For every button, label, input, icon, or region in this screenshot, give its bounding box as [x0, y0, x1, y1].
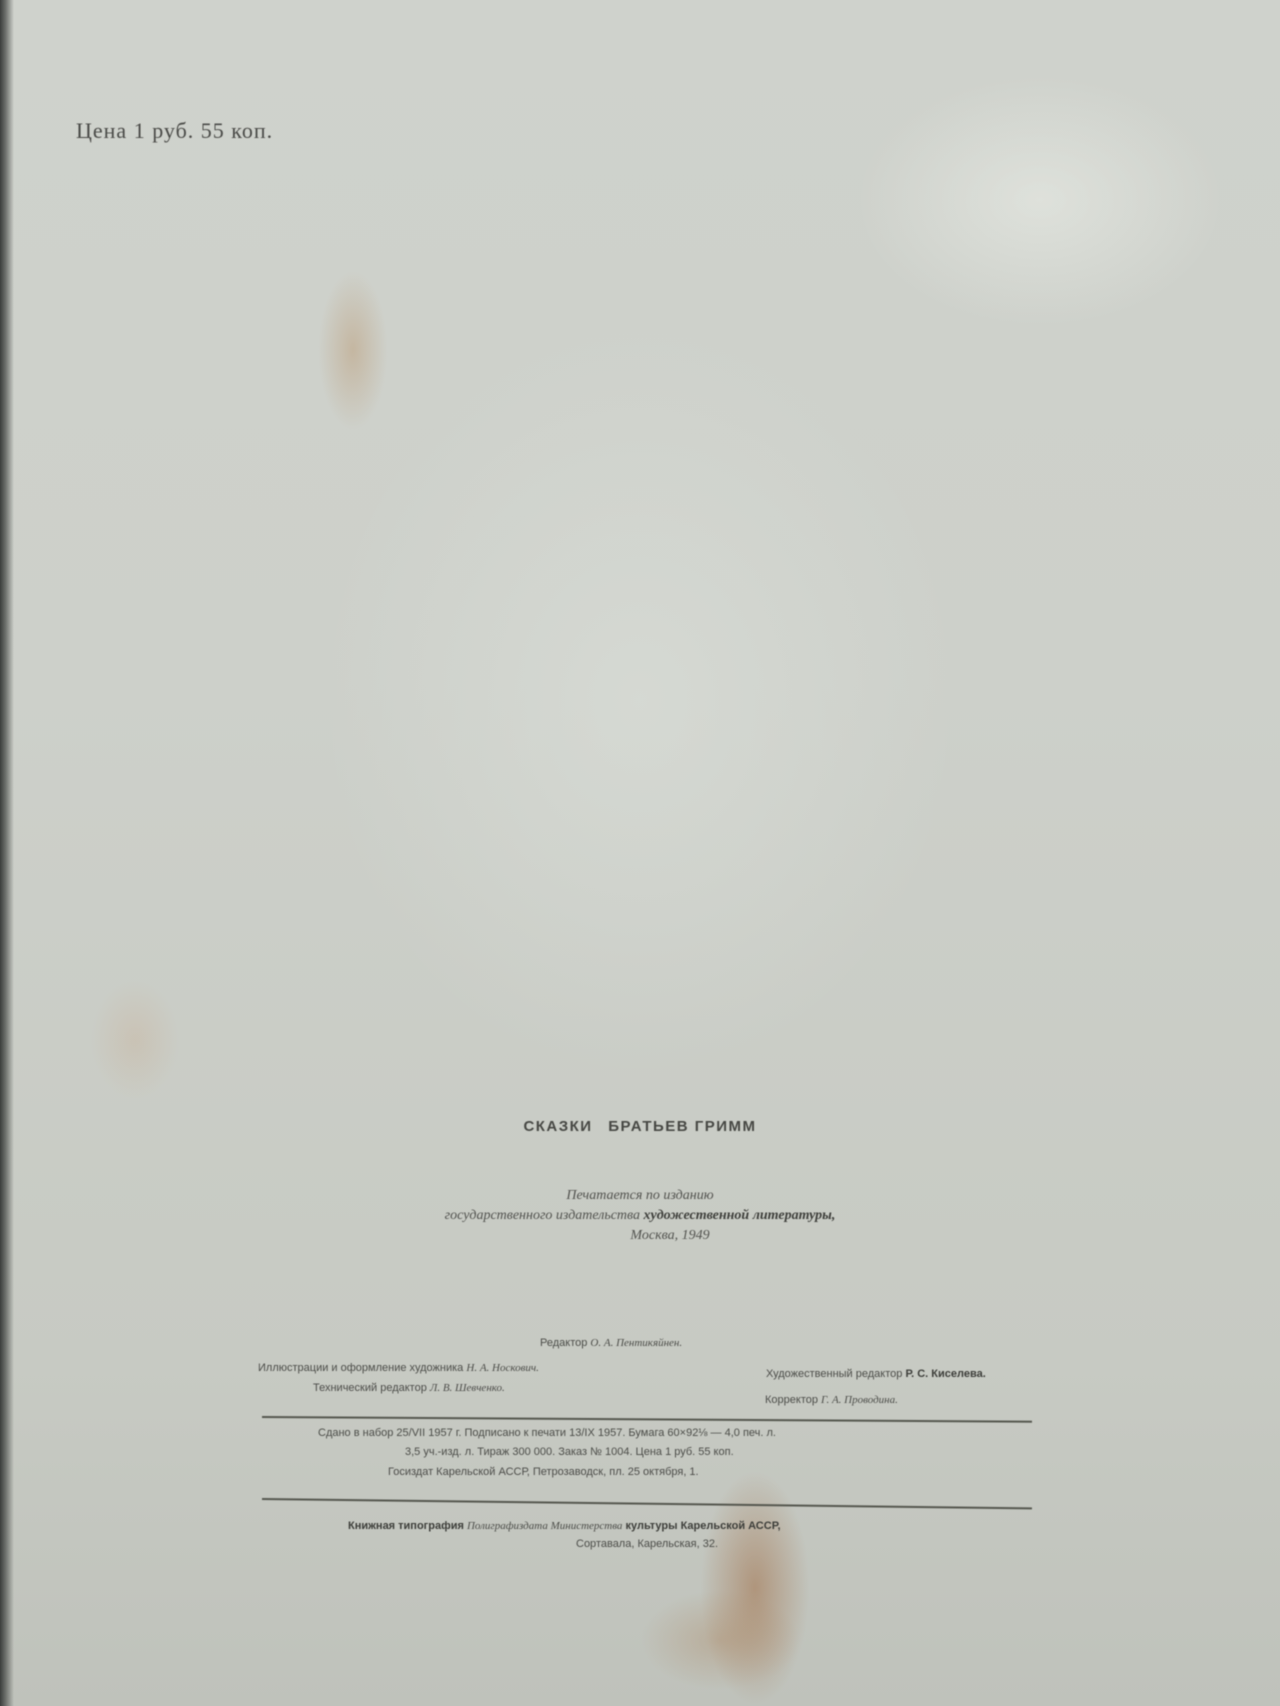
art-editor-credit: Художественный редактор Р. С. Киселева. [766, 1368, 986, 1380]
editor-credit: Редактор О. А. Пентикяйнен. [540, 1337, 682, 1349]
divider-line [262, 1498, 1032, 1509]
source-publisher-bold: художественной литературы, [644, 1208, 836, 1223]
art-editor-name: Р. С. Киселева. [905, 1368, 985, 1380]
imprint-line-2: 3,5 уч.-изд. л. Тираж 300 000. Заказ № 1… [405, 1446, 734, 1458]
stain [640, 1590, 800, 1690]
stain [318, 270, 388, 430]
book-page: Цена 1 руб. 55 коп. СКАЗКИ БРАТЬЕВ ГРИММ… [0, 0, 1280, 1706]
illustrator-name: Н. А. Носкович. [466, 1362, 539, 1374]
illustrator-label: Иллюстрации и оформление художника [258, 1362, 463, 1374]
printer-line-2: Сортавала, Карельская, 32. [576, 1538, 718, 1550]
source-note-line-2: государственного издательства художестве… [0, 1208, 1280, 1224]
imprint-line-3: Госиздат Карельской АССР, Петрозаводск, … [388, 1466, 699, 1478]
source-note-line-3: Москва, 1949 [0, 1228, 1280, 1244]
printer-suffix: культуры Карельской АССР, [626, 1520, 781, 1532]
art-editor-label: Художественный редактор [766, 1368, 902, 1380]
page-edge-shadow [0, 0, 14, 1706]
corrector-name: Г. А. Проводина. [821, 1394, 898, 1406]
illustrator-credit: Иллюстрации и оформление художника Н. А.… [258, 1362, 539, 1374]
source-publisher: государственного издательства [445, 1208, 640, 1223]
title-part-1: СКАЗКИ [523, 1118, 592, 1135]
tech-editor-name: Л. В. Шевченко. [430, 1382, 505, 1394]
editor-name: О. А. Пентикяйнен. [590, 1337, 682, 1349]
editor-label: Редактор [540, 1337, 587, 1349]
printer-italic: Полиграфиздата Министерства [467, 1520, 622, 1532]
imprint-line-1: Сдано в набор 25/VII 1957 г. Подписано к… [318, 1427, 776, 1439]
corrector-credit: Корректор Г. А. Проводина. [765, 1394, 898, 1406]
source-note-line-1: Печатается по изданию [0, 1188, 1280, 1204]
tech-editor-label: Технический редактор [313, 1382, 427, 1394]
price-label: Цена 1 руб. 55 коп. [76, 118, 273, 144]
printer-line-1: Книжная типография Полиграфиздата Минист… [348, 1520, 781, 1532]
stain [90, 980, 180, 1100]
title-part-2: БРАТЬЕВ ГРИММ [608, 1118, 756, 1135]
tech-editor-credit: Технический редактор Л. В. Шевченко. [313, 1382, 505, 1394]
printer-prefix: Книжная типография [348, 1520, 464, 1532]
book-title: СКАЗКИ БРАТЬЕВ ГРИММ [0, 1118, 1280, 1135]
divider-line [262, 1416, 1032, 1423]
corrector-label: Корректор [765, 1394, 818, 1406]
